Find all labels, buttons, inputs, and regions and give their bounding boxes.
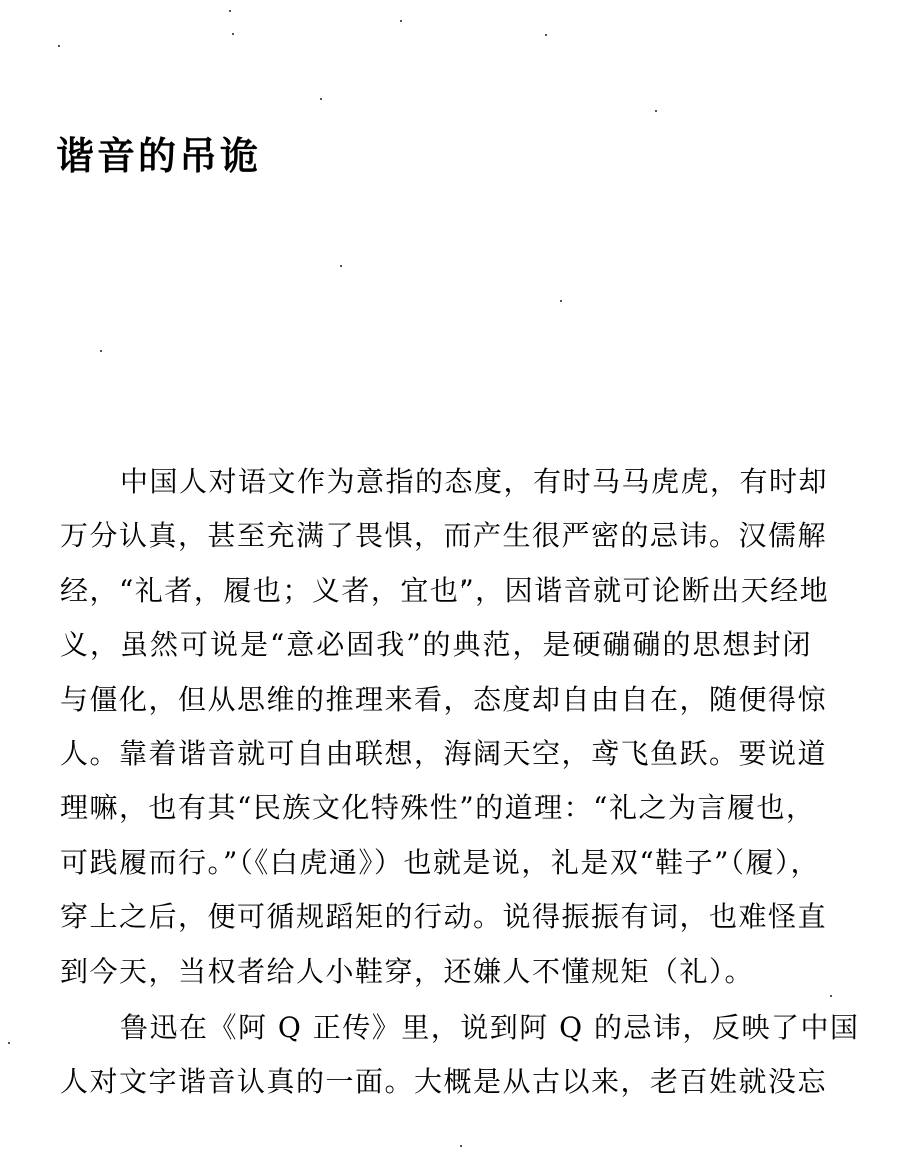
text-line: 到今天，当权者给人小鞋穿，还嫌人不懂规矩（礼）。	[60, 945, 812, 999]
scan-speck	[8, 1042, 10, 1044]
scan-speck	[58, 45, 60, 47]
text-line: 中国人对语文作为意指的态度，有时马马虎虎，有时却	[60, 455, 812, 509]
scan-speck	[229, 10, 231, 12]
text-line: 义，虽然可说是“意必固我”的典范，是硬磞磞的思想封闭	[60, 618, 812, 672]
body-text: 中国人对语文作为意指的态度，有时马马虎虎，有时却 万分认真，甚至充满了畏惧，而产…	[60, 455, 812, 1110]
scan-speck	[830, 995, 832, 997]
paragraph-2: 鲁迅在《阿 Q 正传》里，说到阿 Q 的忌讳，反映了中国 人对文字谐音认真的一面…	[60, 1001, 812, 1110]
scan-speck	[400, 20, 402, 22]
text-line: 人。靠着谐音就可自由联想，海阔天空，鸢飞鱼跃。要说道	[60, 727, 812, 781]
text-line: 鲁迅在《阿 Q 正传》里，说到阿 Q 的忌讳，反映了中国	[60, 1001, 812, 1055]
scan-speck	[232, 33, 234, 35]
text-line: 可践履而行。”（《白虎通》）也就是说，礼是双“鞋子”（履），	[60, 836, 812, 890]
text-line: 人对文字谐音认真的一面。大概是从古以来，老百姓就没忘	[60, 1055, 812, 1109]
text-line: 理嘛，也有其“民族文化特殊性”的道理：“礼之为言履也，	[60, 781, 812, 835]
scan-speck	[655, 110, 657, 112]
scan-speck	[340, 265, 342, 267]
page-title: 谐音的吊诡	[56, 132, 261, 180]
text-line: 穿上之后，便可循规蹈矩的行动。说得振振有词，也难怪直	[60, 890, 812, 944]
scan-speck	[560, 300, 562, 302]
scan-speck	[545, 34, 547, 36]
text-line: 万分认真，甚至充满了畏惧，而产生很严密的忌讳。汉儒解	[60, 509, 812, 563]
scan-speck	[460, 1145, 462, 1147]
scanned-page: 谐音的吊诡 中国人对语文作为意指的态度，有时马马虎虎，有时却 万分认真，甚至充满…	[0, 0, 899, 1156]
paragraph-1: 中国人对语文作为意指的态度，有时马马虎虎，有时却 万分认真，甚至充满了畏惧，而产…	[60, 455, 812, 999]
scan-speck	[100, 350, 102, 352]
text-line: 经，“礼者，履也；义者，宜也”，因谐音就可论断出天经地	[60, 564, 812, 618]
scan-speck	[320, 98, 322, 100]
text-line: 与僵化，但从思维的推理来看，态度却自由自在，随便得惊	[60, 673, 812, 727]
